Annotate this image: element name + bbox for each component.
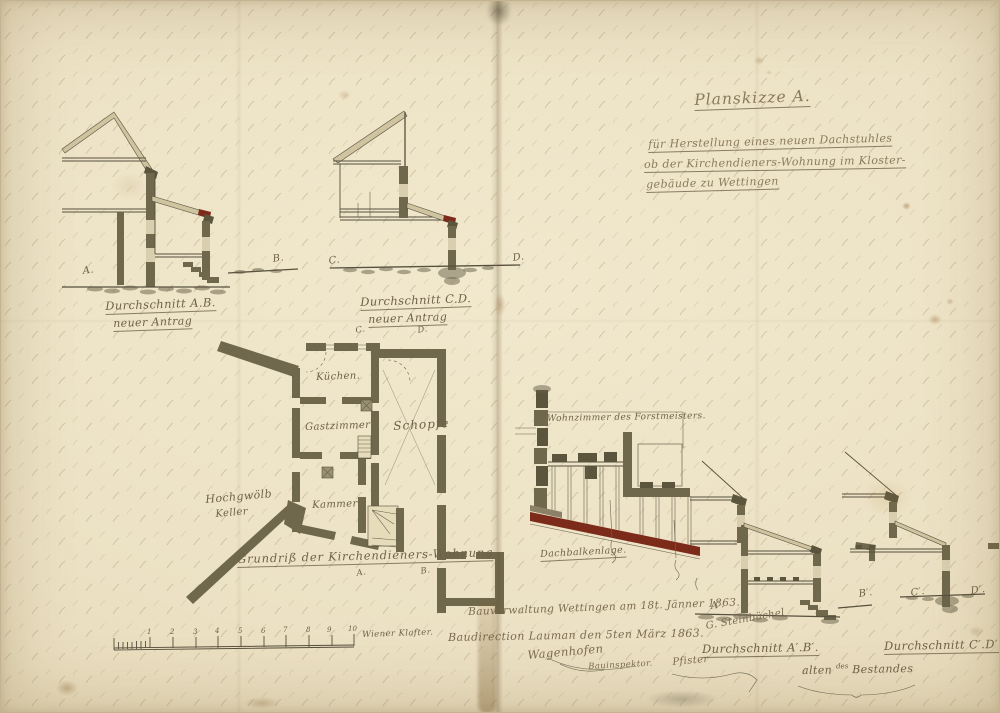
- old-state-brace: [798, 685, 915, 697]
- svg-text:8: 8: [306, 626, 311, 634]
- svg-text:7: 7: [283, 626, 288, 634]
- section-cd-drawing: [330, 111, 520, 285]
- old-state-superscript: des: [836, 662, 848, 670]
- plan-marker-bottom-right: B.: [420, 566, 431, 577]
- svg-text:9: 9: [327, 626, 332, 634]
- horizontal-crease: [0, 319, 1000, 323]
- sheet-title: Planskizze A.: [694, 88, 811, 111]
- svg-text:6: 6: [261, 627, 266, 635]
- section-ab-sublabel: neuer Antrag: [113, 315, 193, 332]
- room-label-parlor: Gastzimmer: [305, 420, 371, 433]
- old-state-label: alten des Bestandes: [802, 662, 913, 677]
- svg-text:4: 4: [214, 627, 219, 635]
- old-state-word-1: alten: [802, 663, 832, 677]
- room-label-chamber: Kammer: [312, 498, 358, 511]
- ground-letter-b: B.: [272, 252, 285, 264]
- old-state-word-2: Bestandes: [852, 662, 913, 676]
- ground-letter-c: C.: [328, 254, 341, 266]
- svg-text:2: 2: [169, 628, 175, 636]
- svg-text:3: 3: [193, 628, 198, 636]
- ground-letter-d-old: D′.: [970, 584, 986, 597]
- plan-marker-top-right: D.: [417, 325, 428, 336]
- ground-letter-d: D.: [512, 251, 525, 264]
- ground-letter-b-old: B′.: [858, 587, 873, 600]
- section-cd-old-label: Durchschnitt C′.D′.: [884, 638, 1000, 655]
- ground-letter-a: A.: [82, 264, 95, 276]
- ground-letter-c-old: C′.: [910, 586, 926, 599]
- scale-bar: 1 2 3 4 5 6 7 8 9 10: [114, 625, 357, 650]
- svg-text:1: 1: [147, 628, 151, 636]
- plan-sheet: 1 2 3 4 5 6 7 8 9 10 Planskizze A. für H…: [0, 0, 1000, 713]
- room-label-kitchen: Küchen.: [316, 370, 360, 383]
- svg-text:5: 5: [238, 627, 243, 635]
- svg-text:10: 10: [348, 625, 357, 633]
- plan-marker-bottom-left: A.: [356, 568, 367, 579]
- section-ab-old-label: Durchschnitt A′.B′.: [702, 641, 819, 658]
- plan-marker-top-left: C.: [355, 325, 366, 336]
- section-ab-drawing: [62, 112, 298, 295]
